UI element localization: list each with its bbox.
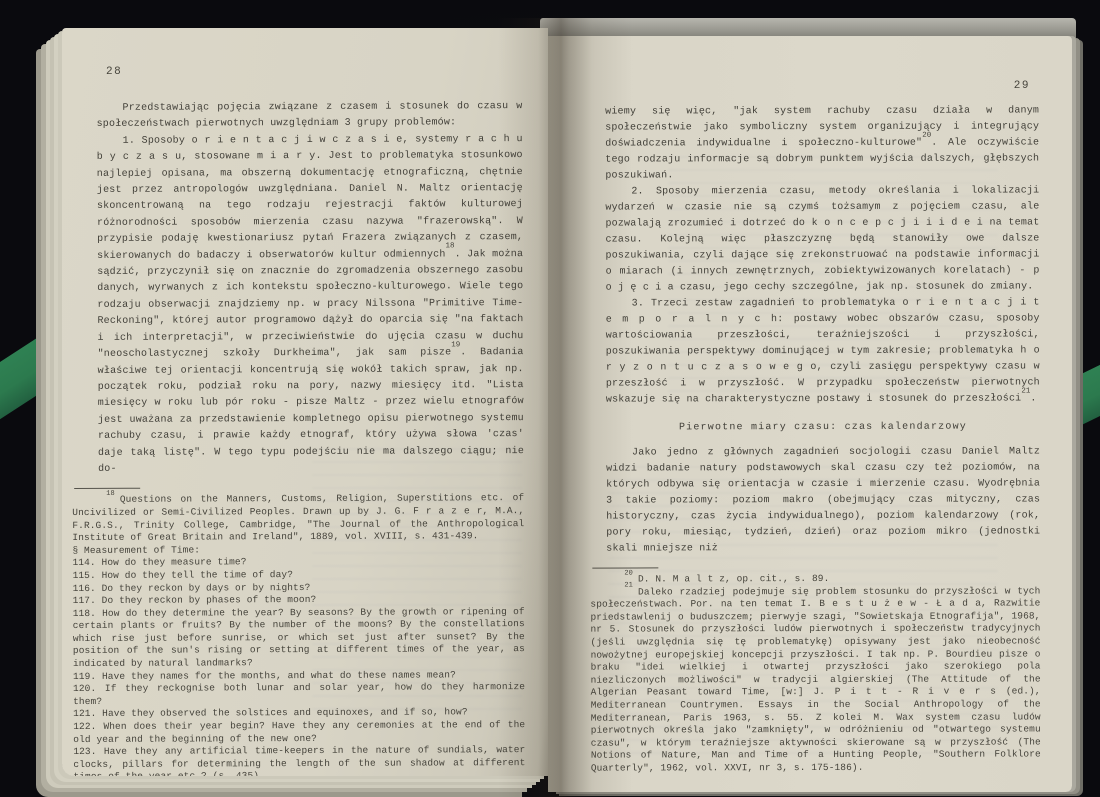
book-scan-photo: 28 Przedstawiając pojęcia związane z cza… xyxy=(0,0,1100,797)
section-heading: Pierwotne miary czasu: czas kalendarzowy xyxy=(606,421,1040,433)
paragraph: wiemy się więc, "jak system rachuby czas… xyxy=(605,103,1039,184)
paragraph-text: . xyxy=(1030,393,1036,404)
footnote-text: Questions on the Manners, Customs, Relig… xyxy=(72,492,524,543)
footnote-21: 21Daleko rzadziej podejmuje się problem … xyxy=(590,585,1040,775)
footnote-ref-18: 18 xyxy=(445,243,454,251)
right-page-footnotes: 20D. N. M a l t z, op. cit., s. 89. 21Da… xyxy=(590,572,1041,775)
left-page-number: 28 xyxy=(106,66,122,78)
footnote-number: 18 xyxy=(106,490,115,498)
footnote-number: 20 xyxy=(624,569,633,577)
left-page: 28 Przedstawiając pojęcia związane z cza… xyxy=(62,28,548,776)
left-page-body: Przedstawiając pojęcia związane z czasem… xyxy=(96,99,525,776)
left-page-footnotes: 18Questions on the Manners, Customs, Rel… xyxy=(72,492,525,776)
paragraph: Przedstawiając pojęcia związane z czasem… xyxy=(96,99,522,134)
footnote-ref-20: 20 xyxy=(922,131,931,139)
footnote-20: 20D. N. M a l t z, op. cit., s. 89. xyxy=(590,572,1040,586)
right-page: 29 wiemy się więc, "jak system rachuby c… xyxy=(548,36,1072,792)
footnote-18: 18Questions on the Manners, Customs, Rel… xyxy=(72,492,524,544)
questionnaire-item: 123. Have they any artificial time-keepe… xyxy=(73,744,525,776)
footnote-ref-19: 19 xyxy=(451,341,460,349)
paragraph-text: . Badania właściwe tej orientacji koncen… xyxy=(98,347,524,475)
right-page-number: 29 xyxy=(1014,80,1030,92)
paragraph: Jako jedno z głównych zagadnień socjolog… xyxy=(606,444,1040,557)
paragraph-text: 3. Trzeci zestaw zagadnień to problematy… xyxy=(606,297,1040,405)
questionnaire-item: 118. How do they determine the year? By … xyxy=(73,606,525,671)
paragraph-text: 1. Sposoby o r i e n t a c j i w c z a s… xyxy=(97,134,523,262)
questionnaire-item: 120. If they reckognise both lunar and s… xyxy=(73,681,525,708)
right-page-body: wiemy się więc, "jak system rachuby czas… xyxy=(605,103,1041,775)
footnote-ref-21: 21 xyxy=(1021,387,1030,395)
questionnaire-item: 122. When does their year begin? Have th… xyxy=(73,719,525,746)
paragraph: 3. Trzeci zestaw zagadnień to problematy… xyxy=(606,295,1040,408)
footnote-separator xyxy=(592,567,658,568)
paragraph: 1. Sposoby o r i e n t a c j i w c z a s… xyxy=(97,132,524,478)
footnote-text: Daleko rzadziej podejmuje się problem st… xyxy=(590,585,1040,773)
paragraph: 2. Sposoby mierzenia czasu, metody okreś… xyxy=(605,183,1039,296)
footnote-number: 21 xyxy=(624,582,633,590)
footnote-text: D. N. M a l t z, op. cit., s. 89. xyxy=(638,573,829,585)
